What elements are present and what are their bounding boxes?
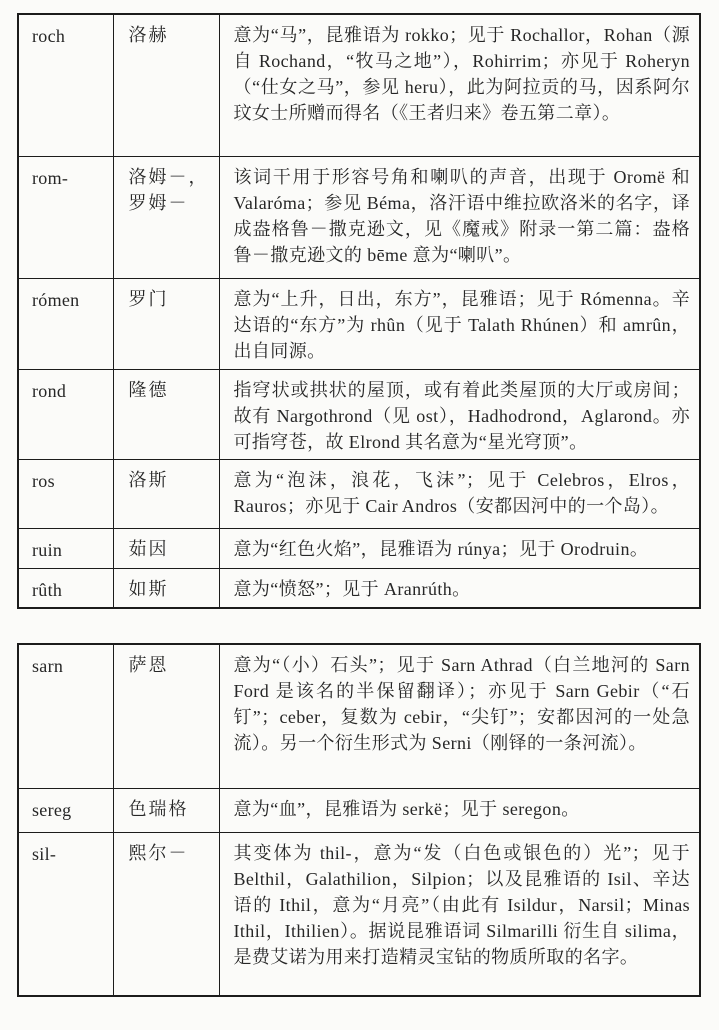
root-cell: rom- [18, 156, 113, 278]
transliteration-cell: 色瑞格 [113, 788, 219, 832]
root-cell: rûth [18, 568, 113, 608]
root-cell: roch [18, 14, 113, 156]
transliteration-cell: 洛赫 [113, 14, 219, 156]
meaning-cell: 意为“（小）石头”；见于 Sarn Athrad（白兰地河的 Sarn Ford… [219, 644, 700, 788]
transliteration-cell: 茹因 [113, 528, 219, 568]
table-row: sarn 萨恩 意为“（小）石头”；见于 Sarn Athrad（白兰地河的 S… [18, 644, 700, 788]
glossary-table-r: roch 洛赫 意为“马”，昆雅语为 rokko；见于 Rochallor，Ro… [17, 13, 701, 609]
root-cell: sarn [18, 644, 113, 788]
root-cell: rond [18, 369, 113, 459]
meaning-cell: 意为“上升，日出，东方”，昆雅语；见于 Rómenna。辛达语的“东方”为 rh… [219, 278, 700, 369]
table-row: sil- 熙尔－ 其变体为 thil-，意为“发（白色或银色的）光”；见于 Be… [18, 832, 700, 996]
meaning-cell: 意为“马”，昆雅语为 rokko；见于 Rochallor，Rohan（源自 R… [219, 14, 700, 156]
book-page: roch 洛赫 意为“马”，昆雅语为 rokko；见于 Rochallor，Ro… [0, 0, 719, 1030]
meaning-cell: 意为“愤怒”；见于 Aranrúth。 [219, 568, 700, 608]
table-row: rûth 如斯 意为“愤怒”；见于 Aranrúth。 [18, 568, 700, 608]
root-cell: ruin [18, 528, 113, 568]
root-cell: sereg [18, 788, 113, 832]
transliteration-cell: 萨恩 [113, 644, 219, 788]
meaning-cell: 指穹状或拱状的屋顶，或有着此类屋顶的大厅或房间；故有 Nargothrond（见… [219, 369, 700, 459]
meaning-cell: 意为“红色火焰”，昆雅语为 rúnya；见于 Orodruin。 [219, 528, 700, 568]
root-cell: ros [18, 459, 113, 528]
table-row: roch 洛赫 意为“马”，昆雅语为 rokko；见于 Rochallor，Ro… [18, 14, 700, 156]
table-row: ruin 茹因 意为“红色火焰”，昆雅语为 rúnya；见于 Orodruin。 [18, 528, 700, 568]
meaning-cell: 意为“血”，昆雅语为 serkë；见于 seregon。 [219, 788, 700, 832]
meaning-cell: 其变体为 thil-，意为“发（白色或银色的）光”；见于 Belthil，Gal… [219, 832, 700, 996]
table-row: rom- 洛姆－， 罗姆－ 该词干用于形容号角和喇叭的声音，出现于 Oromë … [18, 156, 700, 278]
transliteration-cell: 罗门 [113, 278, 219, 369]
transliteration-cell: 如斯 [113, 568, 219, 608]
glossary-table-s: sarn 萨恩 意为“（小）石头”；见于 Sarn Athrad（白兰地河的 S… [17, 643, 701, 997]
table-row: rond 隆德 指穹状或拱状的屋顶，或有着此类屋顶的大厅或房间；故有 Nargo… [18, 369, 700, 459]
transliteration-cell: 熙尔－ [113, 832, 219, 996]
transliteration-cell: 洛斯 [113, 459, 219, 528]
transliteration-cell: 隆德 [113, 369, 219, 459]
root-cell: rómen [18, 278, 113, 369]
table-row: ros 洛斯 意为“泡沫，浪花，飞沫”；见于 Celebros，Elros，Ra… [18, 459, 700, 528]
root-cell: sil- [18, 832, 113, 996]
table-row: rómen 罗门 意为“上升，日出，东方”，昆雅语；见于 Rómenna。辛达语… [18, 278, 700, 369]
meaning-cell: 该词干用于形容号角和喇叭的声音，出现于 Oromë 和 Valaróma；参见 … [219, 156, 700, 278]
transliteration-cell: 洛姆－， 罗姆－ [113, 156, 219, 278]
meaning-cell: 意为“泡沫，浪花，飞沫”；见于 Celebros，Elros，Rauros；亦见… [219, 459, 700, 528]
table-row: sereg 色瑞格 意为“血”，昆雅语为 serkë；见于 seregon。 [18, 788, 700, 832]
